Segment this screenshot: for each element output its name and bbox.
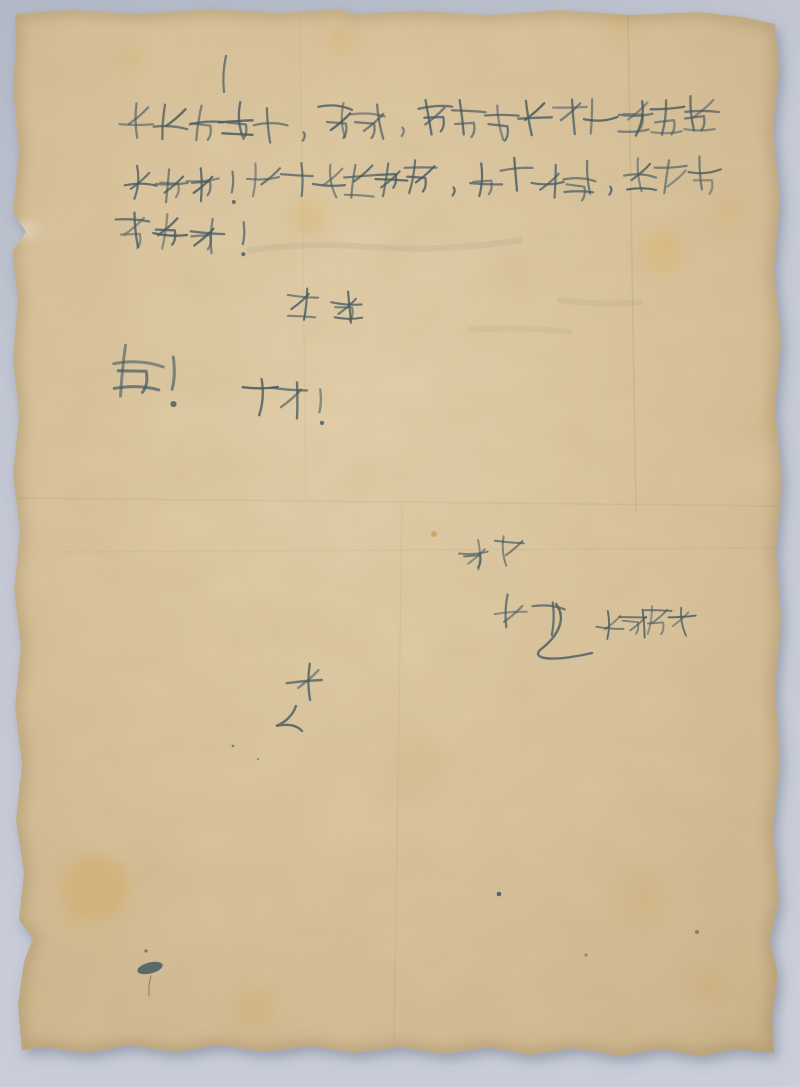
showthrough-smudge-3 <box>470 328 570 332</box>
paper-edge-shading <box>12 9 782 1056</box>
showthrough-smudge-2 <box>560 300 640 304</box>
stain-2 <box>640 230 684 274</box>
stain-7 <box>693 973 719 999</box>
handwriting-stroke <box>201 168 202 201</box>
small-speck-3 <box>584 953 587 956</box>
handwriting-stroke <box>320 421 324 425</box>
ink-blot-satellite <box>144 949 147 952</box>
stain-8 <box>714 194 746 226</box>
handwriting-stroke <box>485 115 519 116</box>
stain-5 <box>61 854 129 922</box>
orange-speck <box>431 531 437 537</box>
handwriting-stroke <box>170 401 176 407</box>
handwriting-stroke <box>553 107 587 108</box>
handwriting-stroke <box>555 165 556 198</box>
ink-dot <box>497 892 502 897</box>
stain-9 <box>758 408 782 432</box>
stain-10 <box>614 874 666 926</box>
stain-6 <box>233 988 273 1028</box>
handwriting-stroke <box>232 200 236 204</box>
scan-background: Best-effort reading of cursive handwriti… <box>0 0 800 1087</box>
stain-4 <box>118 46 142 70</box>
handwriting-stroke <box>222 133 252 135</box>
stain-1 <box>292 202 324 234</box>
letter-scan <box>0 0 800 1087</box>
handwriting-stroke <box>564 191 593 192</box>
small-speck-2 <box>257 758 259 760</box>
small-speck-1 <box>232 745 235 748</box>
stain-13 <box>16 220 36 240</box>
rust-speck <box>695 930 699 934</box>
handwriting-stroke <box>301 163 302 196</box>
stain-3 <box>326 26 354 54</box>
handwriting-stroke <box>518 117 552 118</box>
handwriting-stroke <box>241 252 245 256</box>
